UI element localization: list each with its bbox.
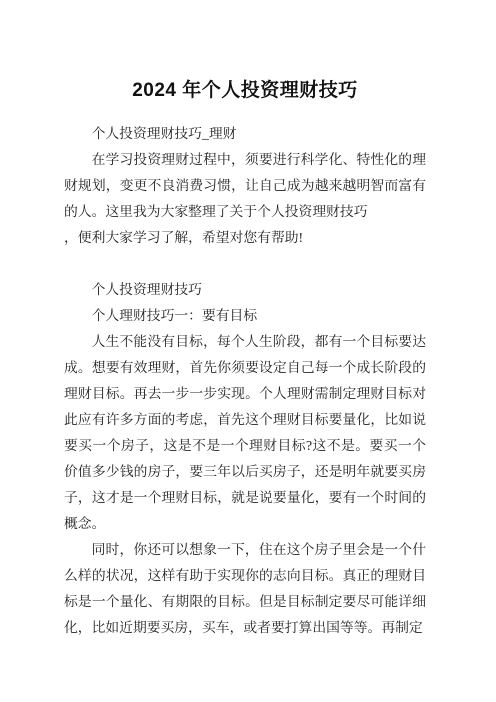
- paragraph: 个人投资理财技巧: [64, 277, 426, 303]
- document-body: 个人投资理财技巧_理财在学习投资理财过程中，须要进行科学化、特性化的理财规划，变…: [64, 121, 426, 641]
- document-page: 2024 年个人投资理财技巧 个人投资理财技巧_理财在学习投资理财过程中，须要进…: [0, 0, 496, 702]
- paragraph: 在学习投资理财过程中，须要进行科学化、特性化的理财规划，变更不良消费习惯，让自己…: [64, 147, 426, 225]
- paragraph: 个人投资理财技巧_理财: [64, 121, 426, 147]
- paragraph: 人生不能没有目标，每个人生阶段，都有一个目标要达成。想要有效理财，首先你须要设定…: [64, 329, 426, 537]
- page-title: 2024 年个人投资理财技巧: [64, 78, 426, 104]
- blank-line: [64, 251, 426, 277]
- paragraph: 个人理财技巧一：要有目标: [64, 303, 426, 329]
- paragraph: ，便利大家学习了解，希望对您有帮助!: [64, 225, 426, 251]
- paragraph: 同时，你还可以想象一下，住在这个房子里会是一个什么样的状况，这样有助于实现你的志…: [64, 537, 426, 641]
